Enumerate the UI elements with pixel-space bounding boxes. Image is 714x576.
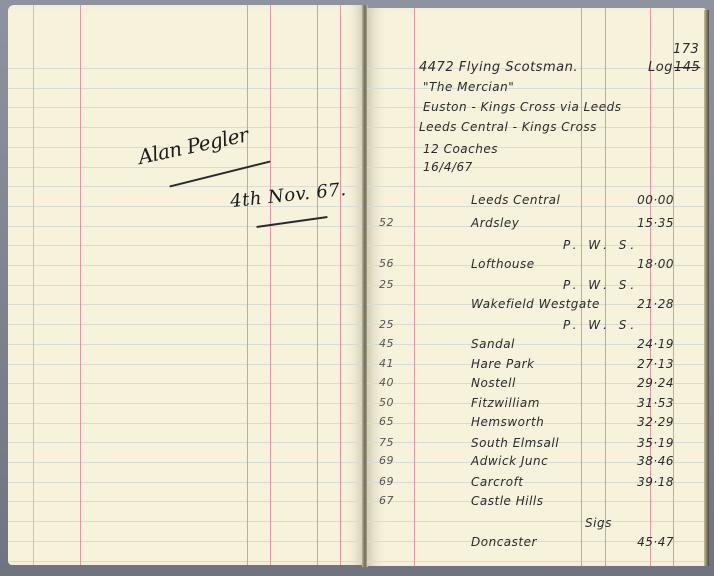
station-cell: Wakefield Westgate <box>471 297 600 311</box>
station-cell: Ardsley <box>471 216 519 230</box>
ruled-line <box>8 304 365 305</box>
time-cell: 21·28 <box>634 297 674 311</box>
speed-cell: 50 <box>379 396 394 409</box>
ruled-line <box>8 206 365 207</box>
ruled-line <box>8 226 365 227</box>
speed-cell: 69 <box>379 454 394 467</box>
time-cell: 24·19 <box>634 337 674 351</box>
station-cell: Hare Park <box>471 357 534 371</box>
speed-cell: 45 <box>379 337 394 350</box>
note-cell: P. W. S. <box>563 278 638 292</box>
route: Euston - Kings Cross via Leeds <box>423 100 621 114</box>
time-cell: 31·53 <box>634 396 674 410</box>
ruled-line <box>367 186 706 187</box>
ruled-line <box>8 521 365 522</box>
train-name: "The Mercian" <box>423 80 514 94</box>
speed-cell: 69 <box>379 475 394 488</box>
locomotive-title: 4472 Flying Scotsman. <box>419 60 578 75</box>
time-cell: 29·24 <box>634 376 674 390</box>
ruled-line <box>8 561 365 562</box>
station-cell: Adwick Junc <box>471 454 548 468</box>
ruled-line <box>8 127 365 128</box>
signature-underline <box>169 160 270 187</box>
time-cell: 00·00 <box>634 193 674 207</box>
time-cell: 18·00 <box>634 257 674 271</box>
time-cell: 38·46 <box>634 454 674 468</box>
ruled-line <box>8 107 365 108</box>
station-cell: Fitzwilliam <box>471 396 540 410</box>
ruled-line <box>8 88 365 89</box>
station-cell: Castle Hills <box>471 494 544 508</box>
ruled-line <box>8 403 365 404</box>
note-cell: Sigs <box>585 516 612 530</box>
log-number-struck: 145 <box>674 60 700 75</box>
ruled-line <box>8 482 365 483</box>
station-cell: Sandal <box>471 337 515 351</box>
coaches: 12 Coaches <box>423 142 498 156</box>
note-cell: P. W. S. <box>563 238 638 252</box>
speed-cell: 25 <box>379 278 394 291</box>
right-margin-rule <box>414 8 415 566</box>
page-edge <box>704 10 709 566</box>
time-cell: 45·47 <box>634 535 674 549</box>
ruled-line <box>367 324 706 325</box>
time-cell: 27·13 <box>634 357 674 371</box>
left-column-rule <box>340 5 341 565</box>
speed-cell: 75 <box>379 436 394 449</box>
speed-cell: 25 <box>379 318 394 331</box>
right-page: 173 Log 145 4472 Flying Scotsman. "The M… <box>367 8 706 566</box>
station-cell: Nostell <box>471 376 516 390</box>
open-logbook: Alan Pegler 4th Nov. 67. 173 Log 145 447… <box>0 0 714 576</box>
station-cell: Carcroft <box>471 475 523 489</box>
ruled-line <box>8 285 365 286</box>
time-cell: 39·18 <box>634 475 674 489</box>
left-column-rule <box>247 5 248 565</box>
left-margin-rule <box>80 5 81 565</box>
ruled-line <box>8 442 365 443</box>
ruled-line <box>8 324 365 325</box>
left-column-rule <box>317 5 318 565</box>
ruled-line <box>8 344 365 345</box>
ruled-line <box>8 423 365 424</box>
station-cell: Lofthouse <box>471 257 535 271</box>
ruled-line <box>367 147 706 148</box>
ruled-line <box>367 521 706 522</box>
ruled-line <box>367 285 706 286</box>
section: Leeds Central - Kings Cross <box>419 120 597 134</box>
speed-cell: 65 <box>379 415 394 428</box>
note-cell: P. W. S. <box>563 318 638 332</box>
ruled-line <box>367 561 706 562</box>
left-column-rule <box>270 5 271 565</box>
station-cell: South Elmsall <box>471 436 559 450</box>
left-page: Alan Pegler 4th Nov. 67. <box>8 5 365 565</box>
station-cell: Doncaster <box>471 535 537 549</box>
speed-cell: 40 <box>379 376 394 389</box>
speed-cell: 52 <box>379 216 394 229</box>
ruled-line <box>367 167 706 168</box>
left-margin-rule <box>33 5 34 565</box>
speed-cell: 41 <box>379 357 394 370</box>
signature-name: Alan Pegler <box>136 122 250 169</box>
ruled-line <box>8 265 365 266</box>
ruled-line <box>367 245 706 246</box>
station-cell: Leeds Central <box>471 193 560 207</box>
ruled-line <box>8 541 365 542</box>
station-cell: Hemsworth <box>471 415 544 429</box>
ruled-line <box>8 245 365 246</box>
ruled-line <box>8 383 365 384</box>
log-label: Log <box>648 60 673 75</box>
ruled-line <box>8 501 365 502</box>
run-date: 16/4/67 <box>423 160 473 174</box>
page-number: 173 <box>673 42 699 57</box>
time-cell: 35·19 <box>634 436 674 450</box>
time-cell: 15·35 <box>634 216 674 230</box>
time-cell: 32·29 <box>634 415 674 429</box>
ruled-line <box>8 364 365 365</box>
ruled-line <box>8 167 365 168</box>
ruled-line <box>8 462 365 463</box>
ruled-line <box>8 68 365 69</box>
speed-cell: 56 <box>379 257 394 270</box>
speed-cell: 67 <box>379 494 394 507</box>
ruled-line <box>367 88 706 89</box>
